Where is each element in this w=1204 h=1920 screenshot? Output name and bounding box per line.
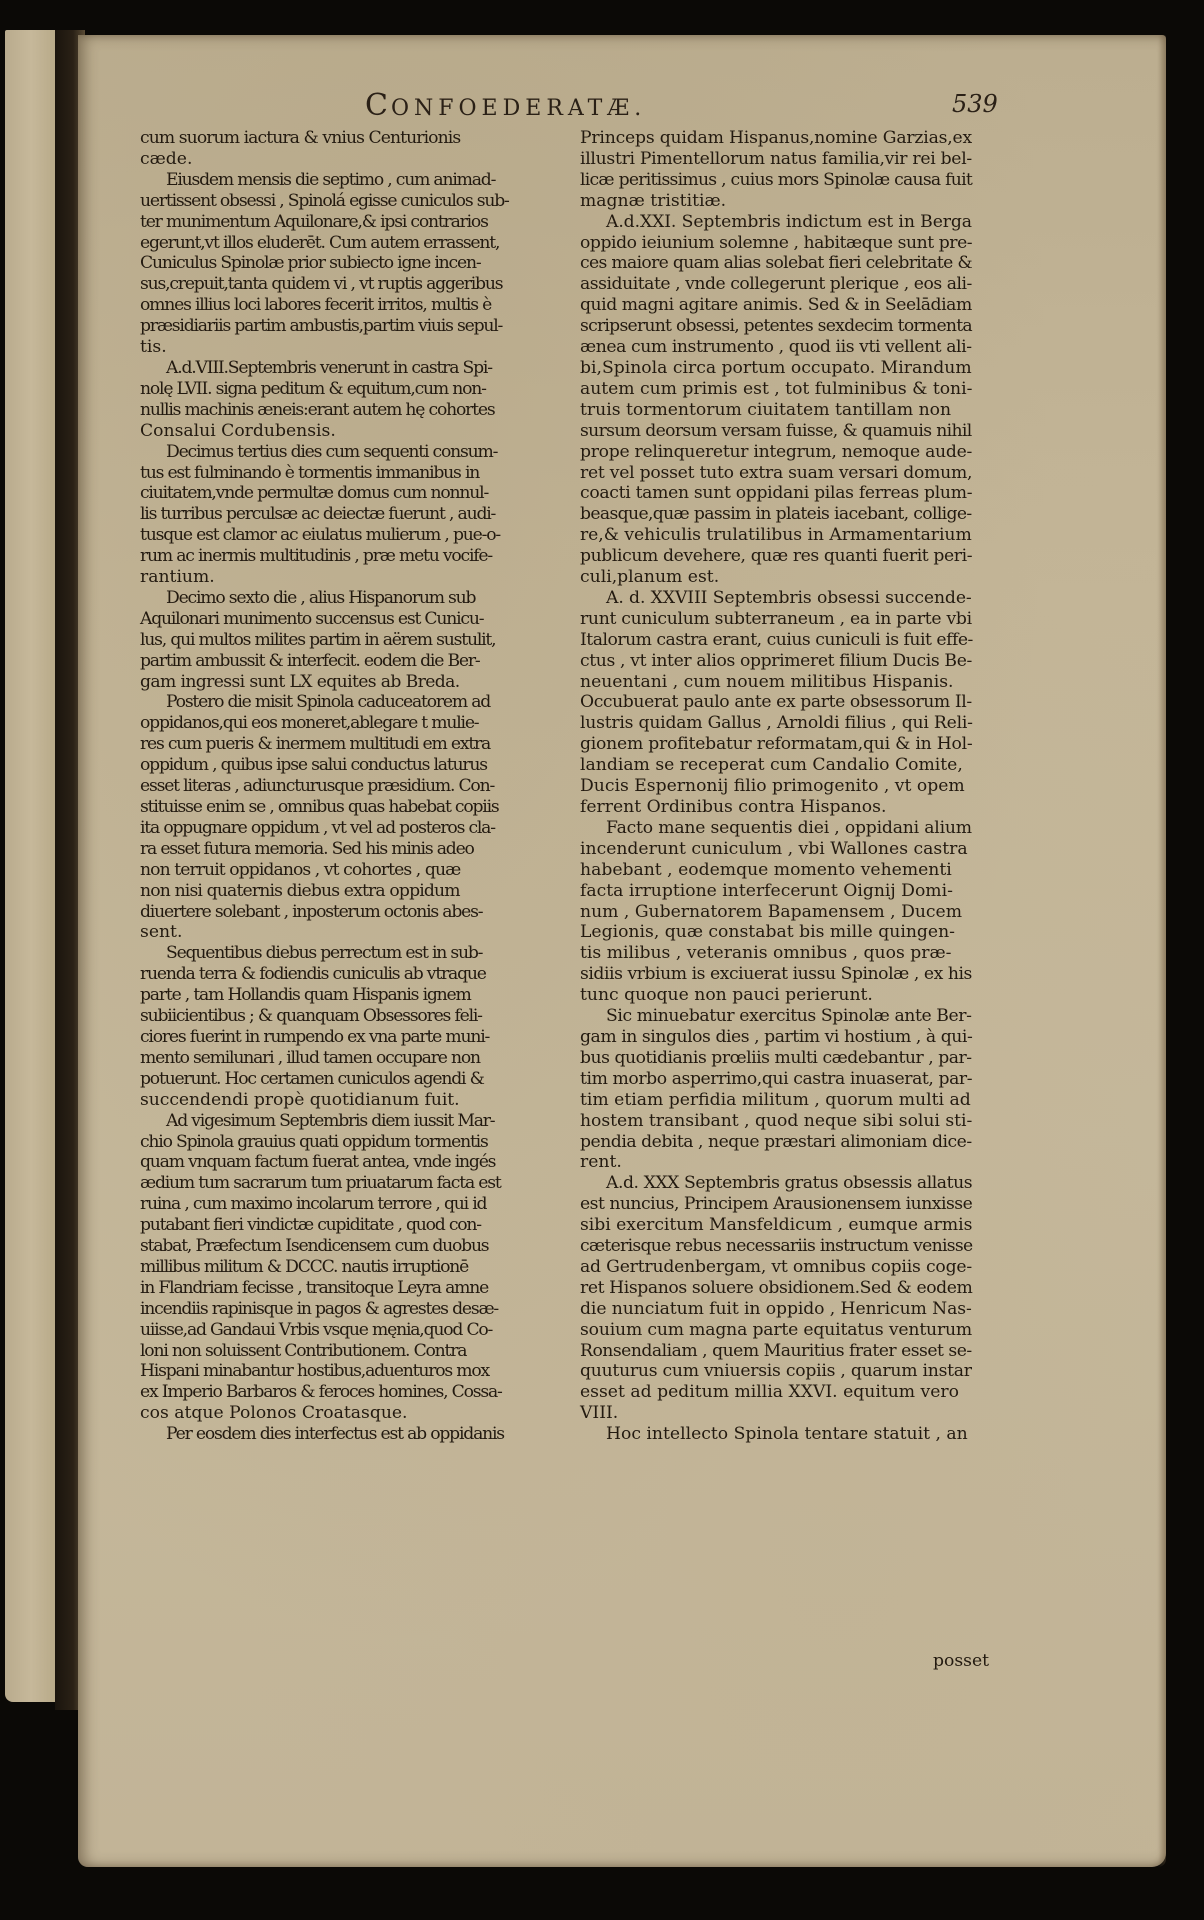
text-line: prope relinqueretur integrum, nemoque au… [580, 442, 972, 463]
text-line: quam vnquam factum fuerat antea, vnde in… [140, 1152, 460, 1173]
page-fore-edge [1158, 35, 1166, 1867]
text-line: res cum pueris & inermem multitudi em ex… [140, 734, 460, 755]
text-line: coacti tamen sunt oppidani pilas ferreas… [580, 483, 972, 504]
text-line: quid magni agitare animis. Sed & in Seel… [580, 295, 972, 316]
text-line: ciuitatem,vnde permultæ domus cum nonnul… [140, 483, 460, 504]
text-line: gam ingressi sunt LX equites ab Breda. [140, 672, 460, 693]
text-line: pendia debita , neque præstari alimoniam… [580, 1132, 972, 1153]
text-line: A.d.VIII.Septembris venerunt in castra S… [140, 358, 460, 379]
text-line: bi,Spinola circa portum occupato. Mirand… [580, 358, 972, 379]
text-line: potuerunt. Hoc certamen cuniculos agendi… [140, 1069, 460, 1090]
text-line: Consalui Cordubensis. [140, 421, 460, 442]
text-line: assiduitate , vnde collegerunt plerique … [580, 274, 972, 295]
text-line: Ad vigesimum Septembris diem iussit Mar- [140, 1111, 460, 1132]
text-line: Aquilonari munimento succensus est Cunic… [140, 609, 460, 630]
text-line: VIII. [580, 1403, 972, 1424]
text-line: Per eosdem dies interfectus est ab oppid… [140, 1424, 460, 1445]
text-line: cæterisque rebus necessariis instructum … [580, 1236, 972, 1257]
text-line: esset literas , adiuncturusque præsidium… [140, 776, 460, 797]
text-line: sibi exercitum Mansfeldicum , eumque arm… [580, 1215, 972, 1236]
running-head: CONFOEDERATÆ. [365, 88, 646, 123]
text-line: est nuncius, Principem Arausionensem iun… [580, 1194, 972, 1215]
text-line: præsidiariis partim ambustis,partim viui… [140, 316, 460, 337]
text-line: mento semilunari , illud tamen occupare … [140, 1048, 460, 1069]
text-line: putabant fieri vindictæ cupiditate , quo… [140, 1215, 460, 1236]
text-line: chio Spinola grauius quati oppidum torme… [140, 1132, 460, 1153]
text-line: Sequentibus diebus perrectum est in sub- [140, 943, 460, 964]
text-line: oppido ieiunium solemne , habitæque sunt… [580, 233, 972, 254]
text-line: num , Gubernatorem Bapamensem , Ducem [580, 902, 972, 923]
text-line: non nisi quaternis diebus extra oppidum [140, 881, 460, 902]
text-line: sent. [140, 922, 460, 943]
text-line: licæ peritissimus , cuius mors Spinolæ c… [580, 170, 972, 191]
text-line: cæde. [140, 149, 460, 170]
text-line: rantium. [140, 567, 460, 588]
text-line: hostem transibant , quod neque sibi solu… [580, 1111, 972, 1132]
text-line: in Flandriam fecisse , transitoque Leyra… [140, 1278, 460, 1299]
text-line: tusque est clamor ac eiulatus mulierum ,… [140, 525, 460, 546]
text-line: gionem profitebatur reformatam,qui & in … [580, 734, 972, 755]
text-line: A.d. XXX Septembris gratus obsessis alla… [580, 1173, 972, 1194]
text-line: ad Gertrudenbergam, vt omnibus copiis co… [580, 1257, 972, 1278]
text-line: Occubuerat paulo ante ex parte obsessoru… [580, 692, 972, 713]
page-number: 539 [952, 90, 998, 118]
text-line: bus quotidianis prœliis multi cædebantur… [580, 1048, 972, 1069]
running-head-rest: ONFOEDERATÆ. [391, 96, 646, 121]
text-line: oppidum , quibus ipse salui conductus la… [140, 755, 460, 776]
text-line: Hoc intellecto Spinola tentare statuit ,… [580, 1424, 972, 1445]
text-line: ex Imperio Barbaros & feroces homines, C… [140, 1382, 460, 1403]
text-line: non terruit oppidanos , vt cohortes , qu… [140, 860, 460, 881]
text-line: rent. [580, 1152, 972, 1173]
text-line: gam in singulos dies , partim vi hostium… [580, 1027, 972, 1048]
text-line: stabat, Præfectum Isendicensem cum duobu… [140, 1236, 460, 1257]
text-line: subiicientibus ; & quanquam Obsessores f… [140, 1006, 460, 1027]
text-line: cos atque Polonos Croatasque. [140, 1403, 460, 1424]
text-line: ra esset futura memoria. Sed his minis a… [140, 839, 460, 860]
text-line: loni non soluissent Contributionem. Cont… [140, 1341, 460, 1362]
text-line: ciores fuerint in rumpendo ex vna parte … [140, 1027, 460, 1048]
text-line: tim morbo asperrimo,qui castra inuaserat… [580, 1069, 972, 1090]
text-line: ædium tum sacrarum tum priuatarum facta … [140, 1173, 460, 1194]
running-head-initial: C [365, 88, 391, 123]
text-line: Ronsendaliam , quem Mauritius frater ess… [580, 1341, 972, 1362]
text-line: partim ambussit & interfecit. eodem die … [140, 651, 460, 672]
text-line: ret Hispanos soluere obsidionem.Sed & eo… [580, 1278, 972, 1299]
text-line: Postero die misit Spinola caduceatorem a… [140, 692, 460, 713]
text-line: stituisse enim se , omnibus quas habebat… [140, 797, 460, 818]
text-line: sidiis vrbium is exciuerat iussu Spinolæ… [580, 964, 972, 985]
text-line: ænea cum instrumento , quod iis vti vell… [580, 337, 972, 358]
text-line: autem cum primis est , tot fulminibus & … [580, 379, 972, 400]
text-line: ces maiore quam alias solebat fieri cele… [580, 253, 972, 274]
catchword: posset [933, 1651, 989, 1671]
text-line: sursum deorsum versam fuisse, & quamuis … [580, 421, 972, 442]
text-line: lustris quidam Gallus , Arnoldi filius ,… [580, 713, 972, 734]
text-line: A.d.XXI. Septembris indictum est in Berg… [580, 212, 972, 233]
text-line: beasque,quæ passim in plateis iacebant, … [580, 504, 972, 525]
text-line: die nunciatum fuit in oppido , Henricum … [580, 1299, 972, 1320]
text-line: ruenda terra & fodiendis cuniculis ab vt… [140, 964, 460, 985]
text-line: tim etiam perfidia militum , quorum mult… [580, 1090, 972, 1111]
text-line: esset ad peditum millia XXVI. equitum ve… [580, 1382, 972, 1403]
text-line: re,& vehiculis trulatilibus in Armamenta… [580, 525, 972, 546]
text-line: illustri Pimentellorum natus familia,vir… [580, 149, 972, 170]
text-line: egerunt,vt illos eluderēt. Cum autem err… [140, 233, 460, 254]
text-line: culi,planum est. [580, 567, 972, 588]
text-line: incenderunt cuniculum , vbi Wallones cas… [580, 839, 972, 860]
text-line: souium cum magna parte equitatus venturu… [580, 1320, 972, 1341]
text-line: ctus , vt inter alios opprimeret filium … [580, 651, 972, 672]
text-line: nolę LVII. signa peditum & equitum,cum n… [140, 379, 460, 400]
text-line: tunc quoque non pauci perierunt. [580, 985, 972, 1006]
text-line: neuentani , cum nouem militibus Hispanis… [580, 672, 972, 693]
text-line: facta irruptione interfecerunt Oignij Do… [580, 881, 972, 902]
text-line: lus, qui multos milites partim in aërem … [140, 630, 460, 651]
text-line: ruina , cum maximo incolarum terrore , q… [140, 1194, 460, 1215]
text-line: millibus militum & DCCC. nautis irruptio… [140, 1257, 460, 1278]
text-line: tus est fulminando è tormentis immanibus… [140, 463, 460, 484]
text-line: landiam se receperat cum Candalio Comite… [580, 755, 972, 776]
text-line: Italorum castra erant, cuius cuniculi is… [580, 630, 972, 651]
text-line: Decimo sexto die , alius Hispanorum sub [140, 588, 460, 609]
text-line: scripserunt obsessi, petentes sexdecim t… [580, 316, 972, 337]
text-line: Ducis Espernonij filio primogenito , vt … [580, 776, 972, 797]
text-line: publicum devehere, quæ res quanti fuerit… [580, 546, 972, 567]
text-line: omnes illius loci labores fecerit irrito… [140, 295, 460, 316]
text-line: Decimus tertius dies cum sequenti consum… [140, 442, 460, 463]
text-line: quuturus cum vniuersis copiis , quarum i… [580, 1361, 972, 1382]
text-line: Princeps quidam Hispanus,nomine Garzias,… [580, 128, 972, 149]
text-line: Cuniculus Spinolæ prior subiecto igne in… [140, 253, 460, 274]
text-line: oppidanos,qui eos moneret,ablegare t mul… [140, 713, 460, 734]
text-line: uertissent obsessi , Spinolá egisse cuni… [140, 191, 460, 212]
text-line: Facto mane sequentis diei , oppidani ali… [580, 818, 972, 839]
text-line: truis tormentorum ciuitatem tantillam no… [580, 400, 972, 421]
facing-page-edge [5, 30, 57, 1702]
right-text-column: Princeps quidam Hispanus,nomine Garzias,… [580, 128, 972, 1445]
text-line: magnæ tristitiæ. [580, 191, 972, 212]
text-line: nullis machinis æneis:erant autem hę coh… [140, 400, 460, 421]
text-line: tis. [140, 337, 460, 358]
text-line: tis milibus , veteranis omnibus , quos p… [580, 943, 972, 964]
text-line: parte , tam Hollandis quam Hispanis igne… [140, 985, 460, 1006]
text-line: Eiusdem mensis die septimo , cum animad- [140, 170, 460, 191]
text-line: rum ac inermis multitudinis , præ metu v… [140, 546, 460, 567]
text-line: A. d. XXVIII Septembris obsessi succende… [580, 588, 972, 609]
text-line: sus,crepuit,tanta quidem vi , vt ruptis … [140, 274, 460, 295]
text-line: ferrent Ordinibus contra Hispanos. [580, 797, 972, 818]
left-text-column: cum suorum iactura & vnius Centurioniscæ… [140, 128, 460, 1445]
text-line: runt cuniculum subterraneum , ea in part… [580, 609, 972, 630]
text-line: cum suorum iactura & vnius Centurionis [140, 128, 460, 149]
text-line: succendendi propè quotidianum fuit. [140, 1090, 460, 1111]
text-line: diuertere solebant , inposterum octonis … [140, 902, 460, 923]
text-line: uiisse,ad Gandaui Vrbis vsque męnia,quod… [140, 1320, 460, 1341]
text-line: habebant , eodemque momento vehementi [580, 860, 972, 881]
text-line: ret vel posset tuto extra suam versari d… [580, 463, 972, 484]
text-line: ter munimentum Aquilonare,& ipsi contrar… [140, 212, 460, 233]
text-line: Sic minuebatur exercitus Spinolæ ante Be… [580, 1006, 972, 1027]
text-line: Hispani minabantur hostibus,aduenturos m… [140, 1361, 460, 1382]
text-line: lis turribus perculsæ ac deiectæ fuerunt… [140, 504, 460, 525]
text-line: incendiis rapinisque in pagos & agrestes… [140, 1299, 460, 1320]
text-line: ita oppugnare oppidum , vt vel ad poster… [140, 818, 460, 839]
text-line: Legionis, quæ constabat bis mille quinge… [580, 922, 972, 943]
